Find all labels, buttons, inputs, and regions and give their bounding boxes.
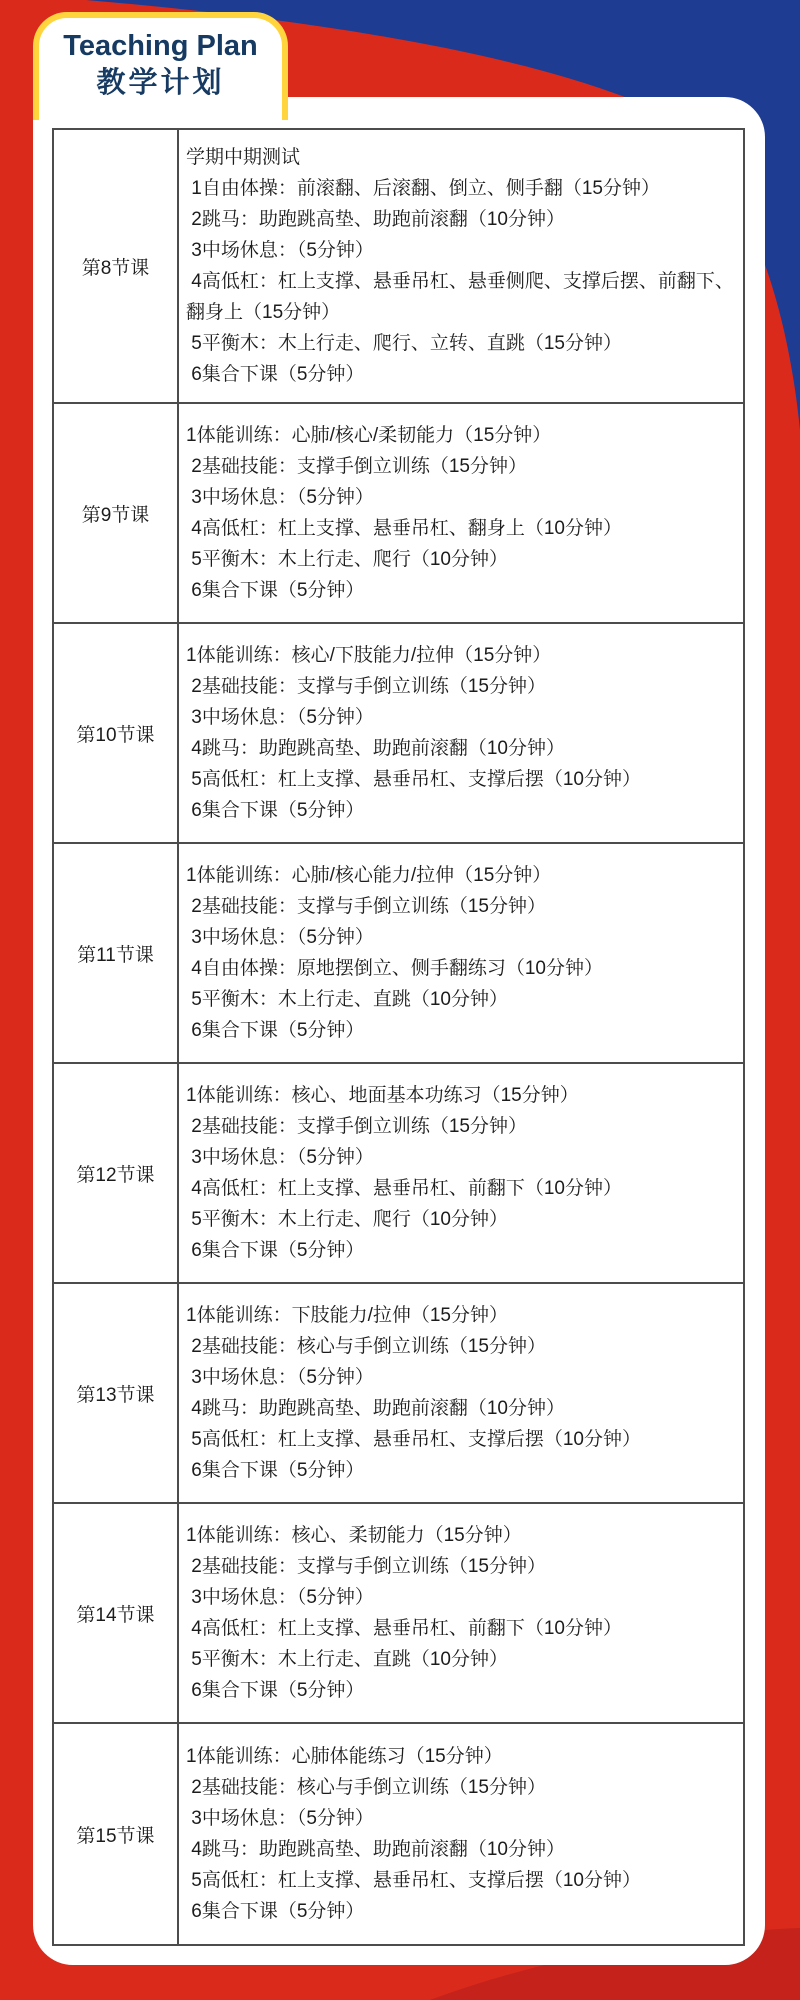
table-row: 第15节课 1体能训练：心肺体能练习（15分钟） 2基础技能：核心与手倒立训练（…: [54, 1724, 743, 1944]
table-row: 第10节课 1体能训练：核心/下肢能力/拉伸（15分钟） 2基础技能：支撑与手倒…: [54, 624, 743, 844]
content-line: 1体能训练：心肺/核心/柔韧能力（15分钟）: [186, 420, 740, 451]
content-line: 4跳马：助跑跳高垫、助跑前滚翻（10分钟）: [186, 1834, 740, 1865]
lesson-label: 第9节课: [54, 404, 179, 622]
lesson-content: 学期中期测试 1自由体操：前滚翻、后滚翻、倒立、侧手翻（15分钟） 2跳马：助跑…: [179, 130, 743, 402]
content-line: 学期中期测试: [186, 142, 740, 173]
lesson-content: 1体能训练：核心、地面基本功练习（15分钟） 2基础技能：支撑手倒立训练（15分…: [179, 1064, 743, 1282]
page-title-en: Teaching Plan: [63, 28, 257, 65]
lesson-content: 1体能训练：心肺/核心能力/拉伸（15分钟） 2基础技能：支撑与手倒立训练（15…: [179, 844, 743, 1062]
lesson-label: 第12节课: [54, 1064, 179, 1282]
lesson-label: 第14节课: [54, 1504, 179, 1722]
content-line: 2基础技能：支撑手倒立训练（15分钟）: [186, 451, 740, 482]
content-line: 3中场休息：（5分钟）: [186, 922, 740, 953]
content-line: 5平衡木：木上行走、直跳（10分钟）: [186, 1644, 740, 1675]
content-line: 6集合下课（5分钟）: [186, 1015, 740, 1046]
content-line: 2跳马：助跑跳高垫、助跑前滚翻（10分钟）: [186, 204, 740, 235]
content-line: 1体能训练：核心、地面基本功练习（15分钟）: [186, 1080, 740, 1111]
lesson-label: 第13节课: [54, 1284, 179, 1502]
content-line: 4高低杠：杠上支撑、悬垂吊杠、悬垂侧爬、支撑后摆、前翻下、翻身上（15分钟）: [186, 266, 740, 328]
teaching-plan-table: 第8节课 学期中期测试 1自由体操：前滚翻、后滚翻、倒立、侧手翻（15分钟） 2…: [52, 128, 745, 1946]
content-line: 4高低杠：杠上支撑、悬垂吊杠、前翻下（10分钟）: [186, 1173, 740, 1204]
table-row: 第11节课 1体能训练：心肺/核心能力/拉伸（15分钟） 2基础技能：支撑与手倒…: [54, 844, 743, 1064]
content-line: 5平衡木：木上行走、爬行（10分钟）: [186, 1204, 740, 1235]
content-line: 3中场休息：（5分钟）: [186, 235, 740, 266]
content-line: 4跳马：助跑跳高垫、助跑前滚翻（10分钟）: [186, 1393, 740, 1424]
content-line: 1自由体操：前滚翻、后滚翻、倒立、侧手翻（15分钟）: [186, 173, 740, 204]
content-line: 2基础技能：核心与手倒立训练（15分钟）: [186, 1772, 740, 1803]
content-line: 5高低杠：杠上支撑、悬垂吊杠、支撑后摆（10分钟）: [186, 764, 740, 795]
table-row: 第8节课 学期中期测试 1自由体操：前滚翻、后滚翻、倒立、侧手翻（15分钟） 2…: [54, 130, 743, 404]
content-line: 2基础技能：支撑手倒立训练（15分钟）: [186, 1111, 740, 1142]
lesson-content: 1体能训练：核心、柔韧能力（15分钟） 2基础技能：支撑与手倒立训练（15分钟）…: [179, 1504, 743, 1722]
lesson-label: 第11节课: [54, 844, 179, 1062]
content-line: 4自由体操：原地摆倒立、侧手翻练习（10分钟）: [186, 953, 740, 984]
content-line: 2基础技能：支撑与手倒立训练（15分钟）: [186, 891, 740, 922]
content-line: 1体能训练：核心/下肢能力/拉伸（15分钟）: [186, 640, 740, 671]
table-row: 第9节课 1体能训练：心肺/核心/柔韧能力（15分钟） 2基础技能：支撑手倒立训…: [54, 404, 743, 624]
lesson-label: 第10节课: [54, 624, 179, 842]
page-title-zh: 教学计划: [96, 65, 224, 102]
content-line: 2基础技能：支撑与手倒立训练（15分钟）: [186, 671, 740, 702]
lesson-content: 1体能训练：核心/下肢能力/拉伸（15分钟） 2基础技能：支撑与手倒立训练（15…: [179, 624, 743, 842]
content-line: 1体能训练：心肺体能练习（15分钟）: [186, 1741, 740, 1772]
lesson-content: 1体能训练：心肺/核心/柔韧能力（15分钟） 2基础技能：支撑手倒立训练（15分…: [179, 404, 743, 622]
lesson-content: 1体能训练：下肢能力/拉伸（15分钟） 2基础技能：核心与手倒立训练（15分钟）…: [179, 1284, 743, 1502]
lesson-label: 第8节课: [54, 130, 179, 402]
content-line: 3中场休息：（5分钟）: [186, 1362, 740, 1393]
content-line: 5平衡木：木上行走、直跳（10分钟）: [186, 984, 740, 1015]
content-line: 6集合下课（5分钟）: [186, 1235, 740, 1266]
content-line: 3中场休息：（5分钟）: [186, 1582, 740, 1613]
content-line: 1体能训练：心肺/核心能力/拉伸（15分钟）: [186, 860, 740, 891]
content-line: 6集合下课（5分钟）: [186, 795, 740, 826]
content-line: 5高低杠：杠上支撑、悬垂吊杠、支撑后摆（10分钟）: [186, 1865, 740, 1896]
content-line: 4跳马：助跑跳高垫、助跑前滚翻（10分钟）: [186, 733, 740, 764]
content-line: 4高低杠：杠上支撑、悬垂吊杠、前翻下（10分钟）: [186, 1613, 740, 1644]
content-line: 3中场休息：（5分钟）: [186, 482, 740, 513]
content-line: 2基础技能：支撑与手倒立训练（15分钟）: [186, 1551, 740, 1582]
title-badge: Teaching Plan 教学计划: [33, 12, 288, 120]
content-line: 1体能训练：核心、柔韧能力（15分钟）: [186, 1520, 740, 1551]
content-line: 5高低杠：杠上支撑、悬垂吊杠、支撑后摆（10分钟）: [186, 1424, 740, 1455]
content-card: 第8节课 学期中期测试 1自由体操：前滚翻、后滚翻、倒立、侧手翻（15分钟） 2…: [33, 97, 765, 1965]
content-line: 6集合下课（5分钟）: [186, 1455, 740, 1486]
lesson-label: 第15节课: [54, 1724, 179, 1944]
lesson-content: 1体能训练：心肺体能练习（15分钟） 2基础技能：核心与手倒立训练（15分钟） …: [179, 1724, 743, 1944]
content-line: 5平衡木：木上行走、爬行（10分钟）: [186, 544, 740, 575]
content-line: 5平衡木：木上行走、爬行、立转、直跳（15分钟）: [186, 328, 740, 359]
content-line: 6集合下课（5分钟）: [186, 575, 740, 606]
table-row: 第13节课 1体能训练：下肢能力/拉伸（15分钟） 2基础技能：核心与手倒立训练…: [54, 1284, 743, 1504]
content-line: 3中场休息：（5分钟）: [186, 702, 740, 733]
table-row: 第14节课 1体能训练：核心、柔韧能力（15分钟） 2基础技能：支撑与手倒立训练…: [54, 1504, 743, 1724]
table-row: 第12节课 1体能训练：核心、地面基本功练习（15分钟） 2基础技能：支撑手倒立…: [54, 1064, 743, 1284]
content-line: 6集合下课（5分钟）: [186, 1896, 740, 1927]
content-line: 1体能训练：下肢能力/拉伸（15分钟）: [186, 1300, 740, 1331]
content-line: 3中场休息：（5分钟）: [186, 1142, 740, 1173]
content-line: 6集合下课（5分钟）: [186, 359, 740, 390]
content-line: 4高低杠：杠上支撑、悬垂吊杠、翻身上（10分钟）: [186, 513, 740, 544]
content-line: 6集合下课（5分钟）: [186, 1675, 740, 1706]
content-line: 3中场休息：（5分钟）: [186, 1803, 740, 1834]
content-line: 2基础技能：核心与手倒立训练（15分钟）: [186, 1331, 740, 1362]
